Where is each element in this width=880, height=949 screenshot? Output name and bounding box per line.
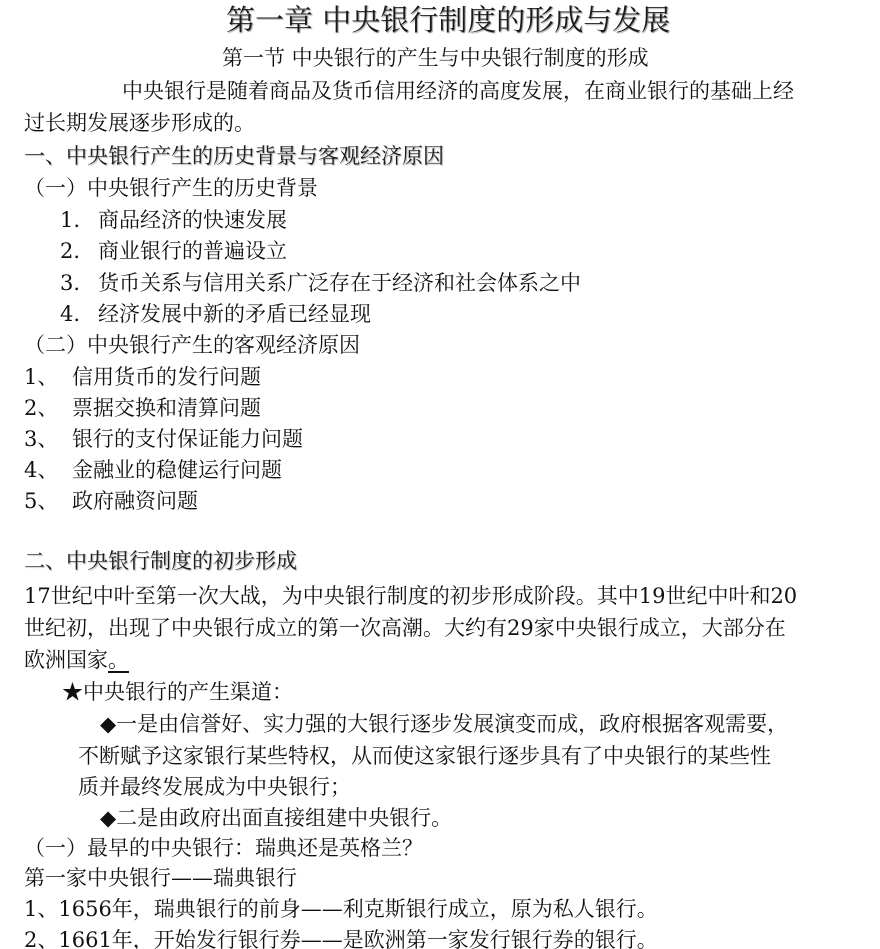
list-item-text: 票据交换和清算问题 <box>72 396 261 420</box>
part1-heading: 一、中央银行产生的历史背景与客观经济原因 <box>24 141 444 171</box>
channel-item-1-line-2: 不断赋予这家银行某些特权，从而使这家银行逐步具有了中央银行的某些性 <box>78 741 771 771</box>
part2-para-line-2: 世纪初，出现了中央银行成立的第一次高潮。大约有29家中央银行成立，大部分在 <box>24 613 786 643</box>
para-text: 欧洲国家 <box>24 648 108 672</box>
underlined-period: 。 <box>108 648 137 672</box>
list-item-number: 3. <box>60 268 98 298</box>
part2-heading: 二、中央银行制度的初步形成 <box>24 546 297 576</box>
intro-line-1: 中央银行是随着商品及货币信用经济的高度发展，在商业银行的基础上经 <box>122 76 794 106</box>
list-item: 2、票据交换和清算问题 <box>24 393 261 423</box>
list-item-number: 4. <box>60 299 98 329</box>
channel-item-text: 二是由政府出面直接组建中央银行。 <box>116 806 452 830</box>
channel-item-2: ◆二是由政府出面直接组建中央银行。 <box>100 803 452 833</box>
list-item: 4、金融业的稳健运行问题 <box>24 455 282 485</box>
list-item-number: 1. <box>60 205 98 235</box>
list-item-text: 信用货币的发行问题 <box>72 365 261 389</box>
list-item: 3、银行的支付保证能力问题 <box>24 424 303 454</box>
list-item-text: 货币关系与信用关系广泛存在于经济和社会体系之中 <box>98 271 581 295</box>
list-item-text: 政府融资问题 <box>72 489 198 513</box>
list-item-number: 2. <box>60 236 98 266</box>
diamond-bullet-icon: ◆ <box>100 712 116 736</box>
diamond-bullet-icon: ◆ <box>100 806 116 830</box>
list-item-number: 2、 <box>24 393 72 423</box>
list-item: 1、信用货币的发行问题 <box>24 362 261 392</box>
part2-sub1-heading: （一）最早的中央银行：瑞典还是英格兰？ <box>24 833 423 863</box>
part1-sub2-heading: （二）中央银行产生的客观经济原因 <box>24 330 360 360</box>
list-item-number: 5、 <box>24 486 72 516</box>
list-item: 5、政府融资问题 <box>24 486 198 516</box>
section-title: 第一节 中央银行的产生与中央银行制度的形成 <box>222 43 649 73</box>
channel-item-1-line-1: ◆一是由信誉好、实力强的大银行逐步发展演变而成，政府根据客观需要， <box>100 709 788 739</box>
list-item-text: 商品经济的快速发展 <box>98 208 287 232</box>
list-item-number: 1、 <box>24 362 72 392</box>
part2-sub1-subheading: 第一家中央银行——瑞典银行 <box>24 863 297 893</box>
list-item-number: 3、 <box>24 424 72 454</box>
channels-heading: ★中央银行的产生渠道： <box>62 677 293 707</box>
part2-para-line-1: 17世纪中叶至第一次大战，为中央银行制度的初步形成阶段。其中19世纪中叶和20 <box>24 581 797 611</box>
part1-sub1-heading: （一）中央银行产生的历史背景 <box>24 173 318 203</box>
part2-para-line-3: 欧洲国家。 <box>24 645 137 675</box>
list-item: 1.商品经济的快速发展 <box>60 205 287 235</box>
list-item-text: 经济发展中新的矛盾已经显现 <box>98 302 371 326</box>
intro-line-2: 过长期发展逐步形成的。 <box>24 108 255 138</box>
list-item-text: 金融业的稳健运行问题 <box>72 458 282 482</box>
list-item: 2.商业银行的普遍设立 <box>60 236 287 266</box>
list-item-text: 银行的支付保证能力问题 <box>72 427 303 451</box>
channels-heading-text: 中央银行的产生渠道： <box>83 680 293 704</box>
fact-line: 2、1661年，开始发行银行券——是欧洲第一家发行银行券的银行。 <box>24 925 658 949</box>
list-item-text: 商业银行的普遍设立 <box>98 239 287 263</box>
chapter-title: 第一章 中央银行制度的形成与发展 <box>226 0 670 40</box>
list-item-number: 4、 <box>24 455 72 485</box>
list-item: 4.经济发展中新的矛盾已经显现 <box>60 299 371 329</box>
channel-item-text: 一是由信誉好、实力强的大银行逐步发展演变而成，政府根据客观需要， <box>116 712 788 736</box>
fact-line: 1、1656年，瑞典银行的前身——利克斯银行成立，原为私人银行。 <box>24 894 658 924</box>
channel-item-1-line-3: 质并最终发展成为中央银行； <box>78 772 351 802</box>
star-icon: ★ <box>62 680 83 704</box>
list-item: 3.货币关系与信用关系广泛存在于经济和社会体系之中 <box>60 268 581 298</box>
